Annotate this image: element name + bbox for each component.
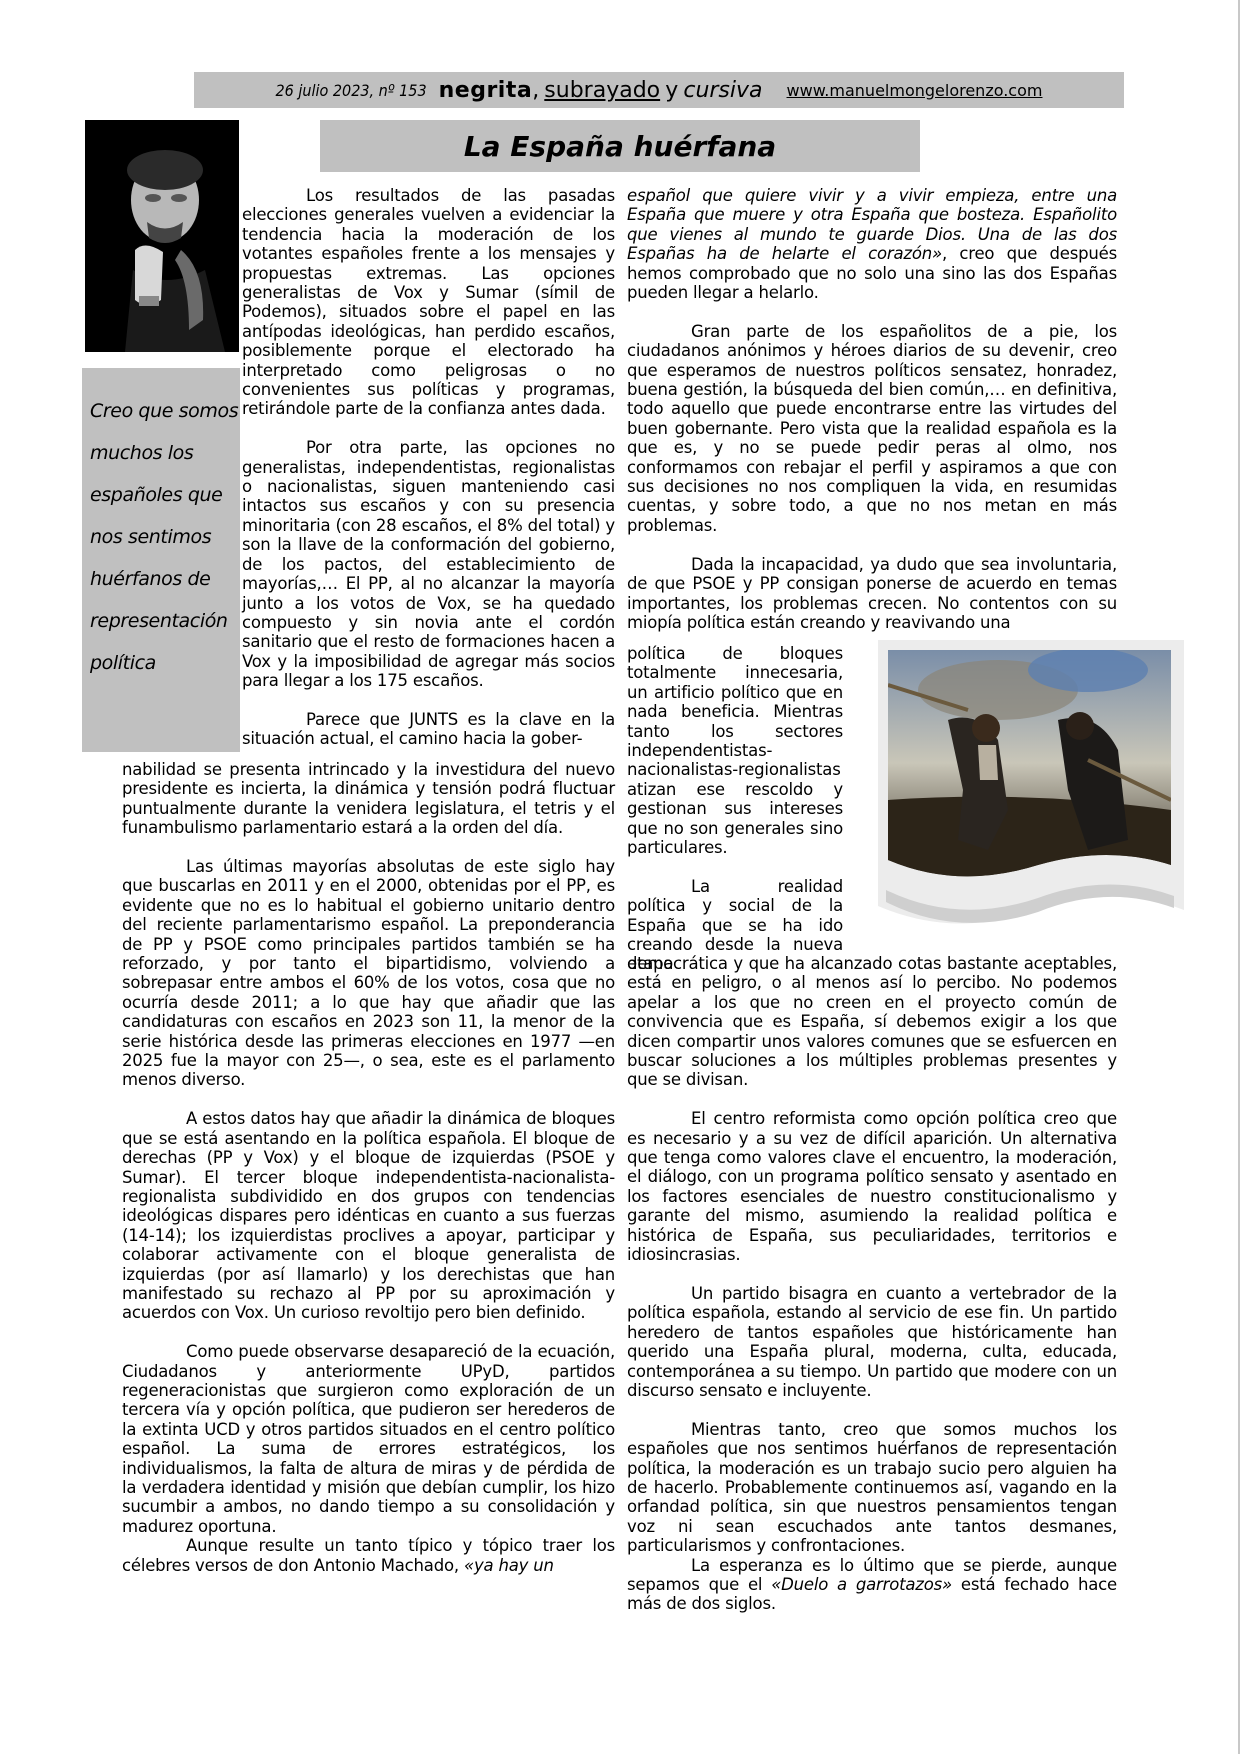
- pull-quote-text: Creo que somos muchos los españoles que …: [82, 368, 240, 684]
- masthead-and: y: [665, 78, 678, 103]
- pull-quote-box: Creo que somos muchos los españoles que …: [82, 368, 240, 752]
- paragraph-3-rest: nabilidad se presenta intrincado y la in…: [122, 760, 615, 838]
- paragraph-2: Por otra parte, las opciones no generali…: [242, 438, 615, 690]
- masthead-italic-word: cursiva: [683, 78, 762, 103]
- masthead-bold-word: negrita: [439, 78, 533, 103]
- left-column-bottom: nabilidad se presenta intrincado y la in…: [122, 760, 615, 1575]
- title-banner: La España huérfana: [320, 120, 920, 172]
- issue-date: 26 julio 2023, nº 153: [276, 81, 427, 100]
- paragraph-4: Las últimas mayorías absolutas de este s…: [122, 857, 615, 1090]
- paragraph-5: A estos datos hay que añadir la dinámica…: [122, 1109, 615, 1322]
- author-portrait-icon: [85, 120, 239, 352]
- masthead-banner: 26 julio 2023, nº 153 negrita, subrayado…: [194, 72, 1124, 108]
- machado-quote-start: «ya hay un: [464, 1556, 554, 1575]
- paragraph-14: La esperanza es lo último que se pierde,…: [627, 1556, 1117, 1614]
- paragraph-1: Los resultados de las pasadas elecciones…: [242, 186, 615, 419]
- painting-figure: [858, 640, 1184, 930]
- duelo-a-garrotazos-painting: [888, 650, 1171, 885]
- paragraph-11: El centro reformista como opción polític…: [627, 1109, 1117, 1264]
- paragraph-9-start: Dada la incapacidad, ya dudo que sea inv…: [627, 555, 1117, 633]
- paragraph-9-wrap: política de bloques totalmente innecesar…: [627, 644, 843, 857]
- masthead-underline-word: subrayado: [544, 78, 660, 103]
- paragraph-6: Como puede observarse desapareció de la …: [122, 1342, 615, 1536]
- left-column-top: Los resultados de las pasadas elecciones…: [242, 186, 615, 749]
- article-title: La España huérfana: [464, 130, 776, 163]
- website-link[interactable]: www.manuelmongelorenzo.com: [787, 81, 1043, 100]
- paragraph-7: Aunque resulte un tanto típico y tópico …: [122, 1536, 615, 1575]
- paragraph-8: Gran parte de los españolitos de a pie, …: [627, 322, 1117, 535]
- right-column-bottom: democrática y que ha alcanzado cotas bas…: [627, 954, 1117, 1614]
- paragraph-7-continued: español que quiere vivir y a vivir empie…: [627, 186, 1117, 302]
- painting-title-quote: «Duelo a garrotazos»: [771, 1575, 952, 1594]
- author-photo: [85, 120, 239, 352]
- right-column-wrap: política de bloques totalmente innecesar…: [627, 644, 843, 974]
- paragraph-13: Mientras tanto, creo que somos muchos lo…: [627, 1420, 1117, 1556]
- paragraph-10-rest: democrática y que ha alcanzado cotas bas…: [627, 954, 1117, 1090]
- right-column-top: español que quiere vivir y a vivir empie…: [627, 186, 1117, 632]
- paragraph-12: Un partido bisagra en cuanto a vertebrad…: [627, 1284, 1117, 1400]
- masthead-comma: ,: [532, 78, 539, 103]
- paragraph-3-start: Parece que JUNTS es la clave en la situa…: [242, 710, 615, 749]
